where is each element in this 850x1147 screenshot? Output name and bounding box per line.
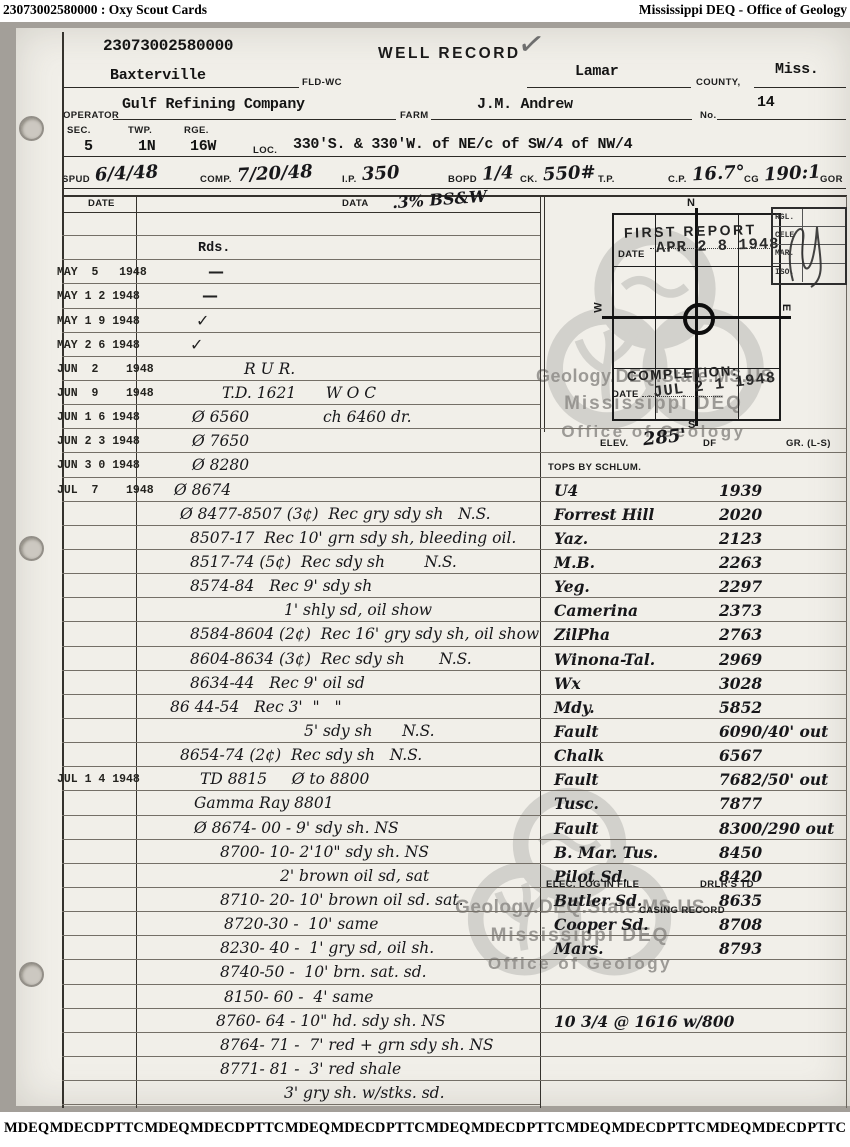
tops-cell: U4 1939 — [540, 478, 847, 502]
footer-token: MDECD — [190, 1121, 245, 1136]
formation-name — [554, 1033, 719, 1056]
tops-cell: Mdy. 5852 — [540, 695, 847, 719]
log-date: MAY 2 6 1948 — [62, 333, 136, 357]
log-entry: 86 44-54 Rec 3' " " — [136, 695, 540, 719]
formation-name: Chalk — [554, 743, 719, 766]
table-row: 8740-50 - 10' brn. sat. sd. — [62, 960, 847, 984]
log-date — [62, 550, 136, 574]
table-row: Ø 8477-8507 (3¢) Rec gry sdy sh N.S. For… — [62, 502, 847, 526]
footer-token: PTTC — [105, 1121, 144, 1136]
footer-token: MDECD — [611, 1121, 666, 1136]
log-entry: Ø 8674- 00 - 9' sdy sh. NS — [136, 816, 540, 840]
log-date — [62, 936, 136, 960]
footer-token: MDECD — [331, 1121, 386, 1136]
rule — [650, 248, 772, 249]
log-date — [62, 1009, 136, 1033]
formation-depth: 2373 — [719, 598, 762, 621]
tops-cell: Mars. 8793 — [540, 936, 847, 960]
operator-label: OPERATOR — [63, 111, 119, 121]
log-date: JUL 1 4 1948 — [62, 767, 136, 791]
stat-value: 16.7° — [691, 164, 745, 185]
log-date — [62, 985, 136, 1009]
log-date: JUN 2 1948 — [62, 357, 136, 381]
log-entry: 8517-74 (5¢) Rec sdy sh N.S. — [136, 550, 540, 574]
log-entry: Ø 8280 — [136, 453, 540, 477]
formation-name — [554, 1057, 719, 1080]
formation-name — [554, 985, 719, 1008]
table-row: 8771- 81 - 3' red shale — [62, 1057, 847, 1081]
first-report-date-label: DATE — [618, 250, 645, 260]
compass-s: S — [688, 420, 695, 431]
signature-scribble — [773, 203, 845, 291]
stat-pair: C.P. 16.7° — [668, 156, 745, 186]
formation-name: Fault — [554, 719, 719, 742]
tops-cell — [540, 1057, 847, 1081]
field-name: Baxterville — [110, 68, 206, 83]
log-date — [62, 1057, 136, 1081]
log-date — [62, 526, 136, 550]
footer-token: PTTC — [246, 1121, 285, 1136]
tops-cell: M.B. 2263 — [540, 550, 847, 574]
data-column-header: DATA — [342, 199, 369, 209]
table-row: JUN 3 0 1948 Ø 8280 — [62, 453, 847, 477]
compass-e: E — [780, 304, 791, 311]
log-date: JUN 2 3 1948 — [62, 429, 136, 453]
log-date — [62, 791, 136, 815]
tops-cell — [540, 1081, 847, 1105]
formation-depth: 8708 — [719, 912, 762, 935]
rge-label: RGE. — [184, 126, 209, 136]
footer-token: PTTC — [667, 1121, 706, 1136]
formation-depth: 6567 — [719, 743, 762, 766]
stat-label: CK. — [520, 175, 538, 187]
formation-name: U4 — [554, 478, 719, 501]
formation-name: Forrest Hill — [554, 502, 719, 525]
stat-pair: BOPD 1/4 — [448, 156, 514, 186]
stat-pair: SPUD 6/4/48 — [62, 156, 158, 186]
table-row: 8584-8604 (2¢) Rec 16' gry sdy sh, oil s… — [62, 622, 847, 646]
log-entry: R U R. — [136, 357, 540, 381]
log-date — [62, 236, 136, 260]
table-row: 8764- 71 - 7' red + grn sdy sh. NS — [62, 1033, 847, 1057]
scanned-well-record-page: 23073002580000 : Oxy Scout Cards Mississ… — [0, 0, 850, 1147]
sec-label: SEC. — [67, 126, 91, 136]
checkmark-icon: ✓ — [515, 26, 547, 62]
tops-cell — [540, 985, 847, 1009]
log-date — [62, 574, 136, 598]
footer-token: MDEQ — [425, 1121, 470, 1136]
table-row: 8634-44 Rec 9' oil sd Wx 3028 — [62, 671, 847, 695]
stat-label: T.P. — [598, 175, 615, 187]
county-label: COUNTY, — [696, 78, 741, 88]
stat-label: COMP. — [200, 175, 232, 187]
footer-token: MDECD — [471, 1121, 526, 1136]
log-date — [62, 912, 136, 936]
rule — [717, 119, 846, 120]
loc-label: LOC. — [253, 146, 277, 156]
table-row: 8710- 20- 10' brown oil sd. sat. Butler … — [62, 888, 847, 912]
completion-date-label: DATE — [612, 390, 639, 400]
tops-cell: Fault 6090/40' out — [540, 719, 847, 743]
log-date: MAY 1 9 1948 — [62, 309, 136, 333]
table-row: 8604-8634 (3¢) Rec sdy sh N.S. Winona-Ta… — [62, 647, 847, 671]
tops-cell: Yeg. 2297 — [540, 574, 847, 598]
table-row: 8574-84 Rec 9' sdy sh Yeg. 2297 — [62, 574, 847, 598]
table-row: 8720-30 - 10' same Cooper Sd. 8708 — [62, 912, 847, 936]
rule — [113, 119, 396, 120]
formation-depth: 8635 — [719, 888, 762, 911]
tops-cell: Chalk 6567 — [540, 743, 847, 767]
table-row: 8654-74 (2¢) Rec sdy sh N.S. Chalk 6567 — [62, 743, 847, 767]
log-date — [62, 888, 136, 912]
log-entry: Rds. — [136, 236, 540, 260]
table-row: 1' shly sd, oil show Camerina 2373 — [62, 598, 847, 622]
formation-name: Mdy. — [554, 695, 719, 718]
log-entry: — — [136, 260, 540, 284]
log-date: MAY 1 2 1948 — [62, 284, 136, 308]
log-date — [62, 502, 136, 526]
well-location-circle — [683, 303, 715, 335]
rule — [527, 87, 691, 88]
log-date — [62, 212, 136, 236]
stat-pair: T.P. — [598, 156, 620, 186]
formation-name: Tusc. — [554, 791, 719, 814]
log-entry: 8584-8604 (2¢) Rec 16' gry sdy sh, oil s… — [136, 622, 540, 646]
log-entry: Gamma Ray 8801 — [136, 791, 540, 815]
formation-depth: 2763 — [719, 622, 762, 645]
drlrs-td-label: DRLR'S TD — [700, 880, 754, 890]
formation-name: Yeg. — [554, 574, 719, 597]
formation-name: B. Mar. Tus. — [554, 840, 719, 863]
casing-record-label: CASING RECORD — [639, 906, 725, 916]
footer-token: PTTC — [526, 1121, 565, 1136]
table-row: 8517-74 (5¢) Rec sdy sh N.S. M.B. 2263 — [62, 550, 847, 574]
formation-name — [554, 1081, 719, 1105]
table-row: JUL 7 1948 Ø 8674 U4 1939 — [62, 478, 847, 502]
log-entry: 8760- 64 - 10" hd. sdy sh. NS — [136, 1009, 540, 1033]
log-entry: 8230- 40 - 1' gry sd, oil sh. — [136, 936, 540, 960]
log-entry: 8150- 60 - 4' same — [136, 985, 540, 1009]
footer-token: PTTC — [386, 1121, 425, 1136]
footer-tokens: MDEQ MDECD PTTC MDEQ MDECD PTTC MDEQ MDE… — [0, 1112, 850, 1136]
log-entry: 8634-44 Rec 9' oil sd — [136, 671, 540, 695]
stat-value: 6/4/48 — [95, 163, 159, 184]
log-date — [62, 743, 136, 767]
twp-label: TWP. — [128, 126, 152, 136]
footer-token: MDEQ — [706, 1121, 751, 1136]
tops-cell: Tusc. 7877 — [540, 791, 847, 815]
formation-name — [554, 960, 719, 983]
log-entry: 3' gry sh. w/stks. sd. — [136, 1081, 540, 1105]
table-row: JUL 1 4 1948 TD 8815 Ø to 8800 Fault 768… — [62, 767, 847, 791]
sec-value: 5 — [84, 139, 93, 154]
tops-cell: Forrest Hill 2020 — [540, 502, 847, 526]
table-row: 86 44-54 Rec 3' " " Mdy. 5852 — [62, 695, 847, 719]
stat-label: C.P. — [668, 175, 687, 187]
tops-by-schlum-label: TOPS BY SCHLUM. — [548, 463, 641, 473]
table-row: 8700- 10- 2'10" sdy sh. NS B. Mar. Tus. … — [62, 840, 847, 864]
log-entry: — — [136, 284, 540, 308]
table-row: 5' sdy sh N.S. Fault 6090/40' out — [62, 719, 847, 743]
footer-token: MDEQ — [285, 1121, 330, 1136]
formation-depth: 6090/40' out — [719, 719, 828, 742]
log-entry: TD 8815 Ø to 8800 — [136, 767, 540, 791]
log-date — [62, 960, 136, 984]
log-date: JUN 3 0 1948 — [62, 453, 136, 477]
completion-stats-line: SPUD 6/4/48 COMP. 7/20/48 I.P. 350 BOPD … — [0, 156, 850, 188]
rge-value: 16W — [190, 139, 216, 154]
gr-label: GR. (L-S) — [786, 439, 831, 449]
date-column-header: DATE — [88, 199, 115, 209]
bsw-note: .3% BS&W — [392, 189, 488, 212]
formation-name: Winona-Tal. — [554, 647, 719, 670]
log-entry: 8574-84 Rec 9' sdy sh — [136, 574, 540, 598]
footer-token: MDEQ — [4, 1121, 49, 1136]
formation-name: Camerina — [554, 598, 719, 621]
stat-label: GOR — [820, 175, 843, 187]
log-entry: ✓ — [136, 333, 540, 357]
stat-pair: COMP. 7/20/48 — [200, 156, 313, 186]
log-entry: 8771- 81 - 3' red shale — [136, 1057, 540, 1081]
formation-name: M.B. — [554, 550, 719, 573]
operator-name: Gulf Refining Company — [122, 97, 305, 112]
formation-depth: 2263 — [719, 550, 762, 573]
formation-name: Fault — [554, 767, 719, 790]
log-entry: ✓ — [136, 309, 540, 333]
print-footer: MDEQ MDECD PTTC MDEQ MDECD PTTC MDEQ MDE… — [0, 1112, 850, 1147]
formation-depth: 2123 — [719, 526, 762, 549]
log-entry: 5' sdy sh N.S. — [136, 719, 540, 743]
well-no: 14 — [757, 95, 774, 110]
rule — [431, 119, 692, 120]
table-row: Ø 8674- 00 - 9' sdy sh. NS Fault 8300/29… — [62, 816, 847, 840]
formation-depth: 7682/50' out — [719, 767, 828, 790]
formation-name: Yaz. — [554, 526, 719, 549]
formation-depth: 5852 — [719, 695, 762, 718]
formation-name: Fault — [554, 816, 719, 839]
tops-cell: Yaz. 2123 — [540, 526, 847, 550]
formation-depth: 8450 — [719, 840, 762, 863]
log-entry: 1' shly sd, oil show — [136, 598, 540, 622]
log-entry: 8700- 10- 2'10" sdy sh. NS — [136, 840, 540, 864]
state-name: Miss. — [775, 62, 819, 77]
log-date — [62, 816, 136, 840]
api-number: 23073002580000 — [103, 38, 233, 54]
log-entry: Ø 8674 — [136, 478, 540, 502]
log-entry: 8720-30 - 10' same — [136, 912, 540, 936]
elev-label: ELEV. — [600, 439, 629, 449]
rule — [64, 87, 299, 88]
stat-pair: CK. 550# — [520, 156, 595, 186]
table-row: 3' gry sh. w/stks. sd. — [62, 1081, 847, 1105]
log-date — [62, 622, 136, 646]
log-date — [62, 671, 136, 695]
county-name: Lamar — [575, 64, 619, 79]
stat-pair: I.P. 350 — [342, 156, 399, 186]
stat-value: 1/4 — [482, 164, 515, 184]
table-row: JUN 2 3 1948 Ø 7650 — [62, 429, 847, 453]
table-row: 8507-17 Rec 10' grn sdy sh, bleeding oil… — [62, 526, 847, 550]
stat-value: 550# — [542, 164, 596, 185]
formation-name: Mars. — [554, 936, 719, 959]
log-date: JUL 7 1948 — [62, 478, 136, 502]
formation-name: 10 3/4 @ 1616 w/800 — [554, 1009, 719, 1032]
log-date: JUN 9 1948 — [62, 381, 136, 405]
footer-token: MDECD — [752, 1121, 807, 1136]
log-entry: 8710- 20- 10' brown oil sd. sat. — [136, 888, 540, 912]
tops-cell — [540, 1033, 847, 1057]
table-row: Gamma Ray 8801 Tusc. 7877 — [62, 791, 847, 815]
tops-cell: Fault 8300/290 out — [540, 816, 847, 840]
log-entry: 2' brown oil sd, sat — [136, 864, 540, 888]
stat-label: I.P. — [342, 175, 357, 187]
log-date — [62, 1033, 136, 1057]
log-date — [62, 840, 136, 864]
stat-pair: CG 190:1 — [744, 156, 821, 186]
log-entry: 8604-8634 (3¢) Rec sdy sh N.S. — [136, 647, 540, 671]
tops-cell: Fault 7682/50' out — [540, 767, 847, 791]
stat-label: BOPD — [448, 175, 477, 187]
rule — [642, 396, 722, 397]
log-date — [62, 1081, 136, 1105]
tops-cell: ZilPha 2763 — [540, 622, 847, 646]
farm-name: J.M. Andrew — [477, 97, 573, 112]
log-date: JUN 1 6 1948 — [62, 405, 136, 429]
formation-name: ZilPha — [554, 622, 719, 645]
stat-label: CG — [744, 175, 759, 187]
stat-value: 7/20/48 — [237, 163, 314, 185]
stat-pair: GOR — [820, 156, 848, 186]
formation-depth: 2969 — [719, 647, 762, 670]
formation-depth: 1939 — [719, 478, 762, 501]
location-value: 330'S. & 330'W. of NE/c of SW/4 of NW/4 — [293, 137, 632, 152]
twp-value: 1N — [138, 139, 155, 154]
elec-log-label: ELEC. LOG IN FILE — [546, 880, 639, 890]
table-row: 8150- 60 - 4' same — [62, 985, 847, 1009]
table-row: 8760- 64 - 10" hd. sdy sh. NS 10 3/4 @ 1… — [62, 1009, 847, 1033]
log-entry: Ø 6560 ch 6460 dr. — [136, 405, 540, 429]
log-entry: 8764- 71 - 7' red + grn sdy sh. NS — [136, 1033, 540, 1057]
well-no-label: No. — [700, 111, 717, 121]
well-record-title: WELL RECORD — [378, 46, 521, 62]
table-row: 8230- 40 - 1' gry sd, oil sh. Mars. 8793 — [62, 936, 847, 960]
formation-depth: 7877 — [719, 791, 762, 814]
footer-token: MDEQ — [144, 1121, 189, 1136]
log-entry: 8740-50 - 10' brn. sat. sd. — [136, 960, 540, 984]
footer-token: MDECD — [50, 1121, 105, 1136]
log-date — [62, 647, 136, 671]
footer-token: PTTC — [807, 1121, 846, 1136]
log-date: MAY 5 1948 — [62, 260, 136, 284]
plat-line — [614, 266, 779, 267]
log-date — [62, 719, 136, 743]
footer-token: MDEQ — [566, 1121, 611, 1136]
tops-cell: Camerina 2373 — [540, 598, 847, 622]
formation-name: Wx — [554, 671, 719, 694]
formation-depth: 3028 — [719, 671, 762, 694]
log-entry: Ø 7650 — [136, 429, 540, 453]
stat-label: SPUD — [62, 175, 90, 187]
tops-cell: B. Mar. Tus. 8450 — [540, 840, 847, 864]
log-entry: Ø 8477-8507 (3¢) Rec gry sdy sh N.S. — [136, 502, 540, 526]
log-date — [62, 598, 136, 622]
log-date — [62, 695, 136, 719]
log-entry: 8507-17 Rec 10' grn sdy sh, bleeding oil… — [136, 526, 540, 550]
tops-cell: Wx 3028 — [540, 671, 847, 695]
formation-depth: 8300/290 out — [719, 816, 834, 839]
tops-cell: 10 3/4 @ 1616 w/800 — [540, 1009, 847, 1033]
rule — [754, 87, 846, 88]
elev-value: 285' — [642, 427, 687, 449]
compass-w: W — [594, 302, 605, 312]
formation-name — [554, 429, 719, 452]
formation-depth: 2297 — [719, 574, 762, 597]
tops-cell — [540, 960, 847, 984]
field-label: FLD-WC — [302, 78, 342, 88]
stat-value: 350 — [361, 164, 399, 184]
formation-depth: 2020 — [719, 502, 762, 525]
log-entry: T.D. 1621 W O C — [136, 381, 540, 405]
tops-cell: Winona-Tal. 2969 — [540, 647, 847, 671]
df-label: DF — [703, 439, 716, 449]
farm-label: FARM — [400, 111, 429, 121]
stat-value: 190:1 — [764, 164, 822, 185]
compass-n: N — [687, 198, 695, 209]
formation-depth: 8793 — [719, 936, 762, 959]
log-entry — [136, 212, 540, 236]
log-date — [62, 864, 136, 888]
log-entry: 8654-74 (2¢) Rec sdy sh N.S. — [136, 743, 540, 767]
